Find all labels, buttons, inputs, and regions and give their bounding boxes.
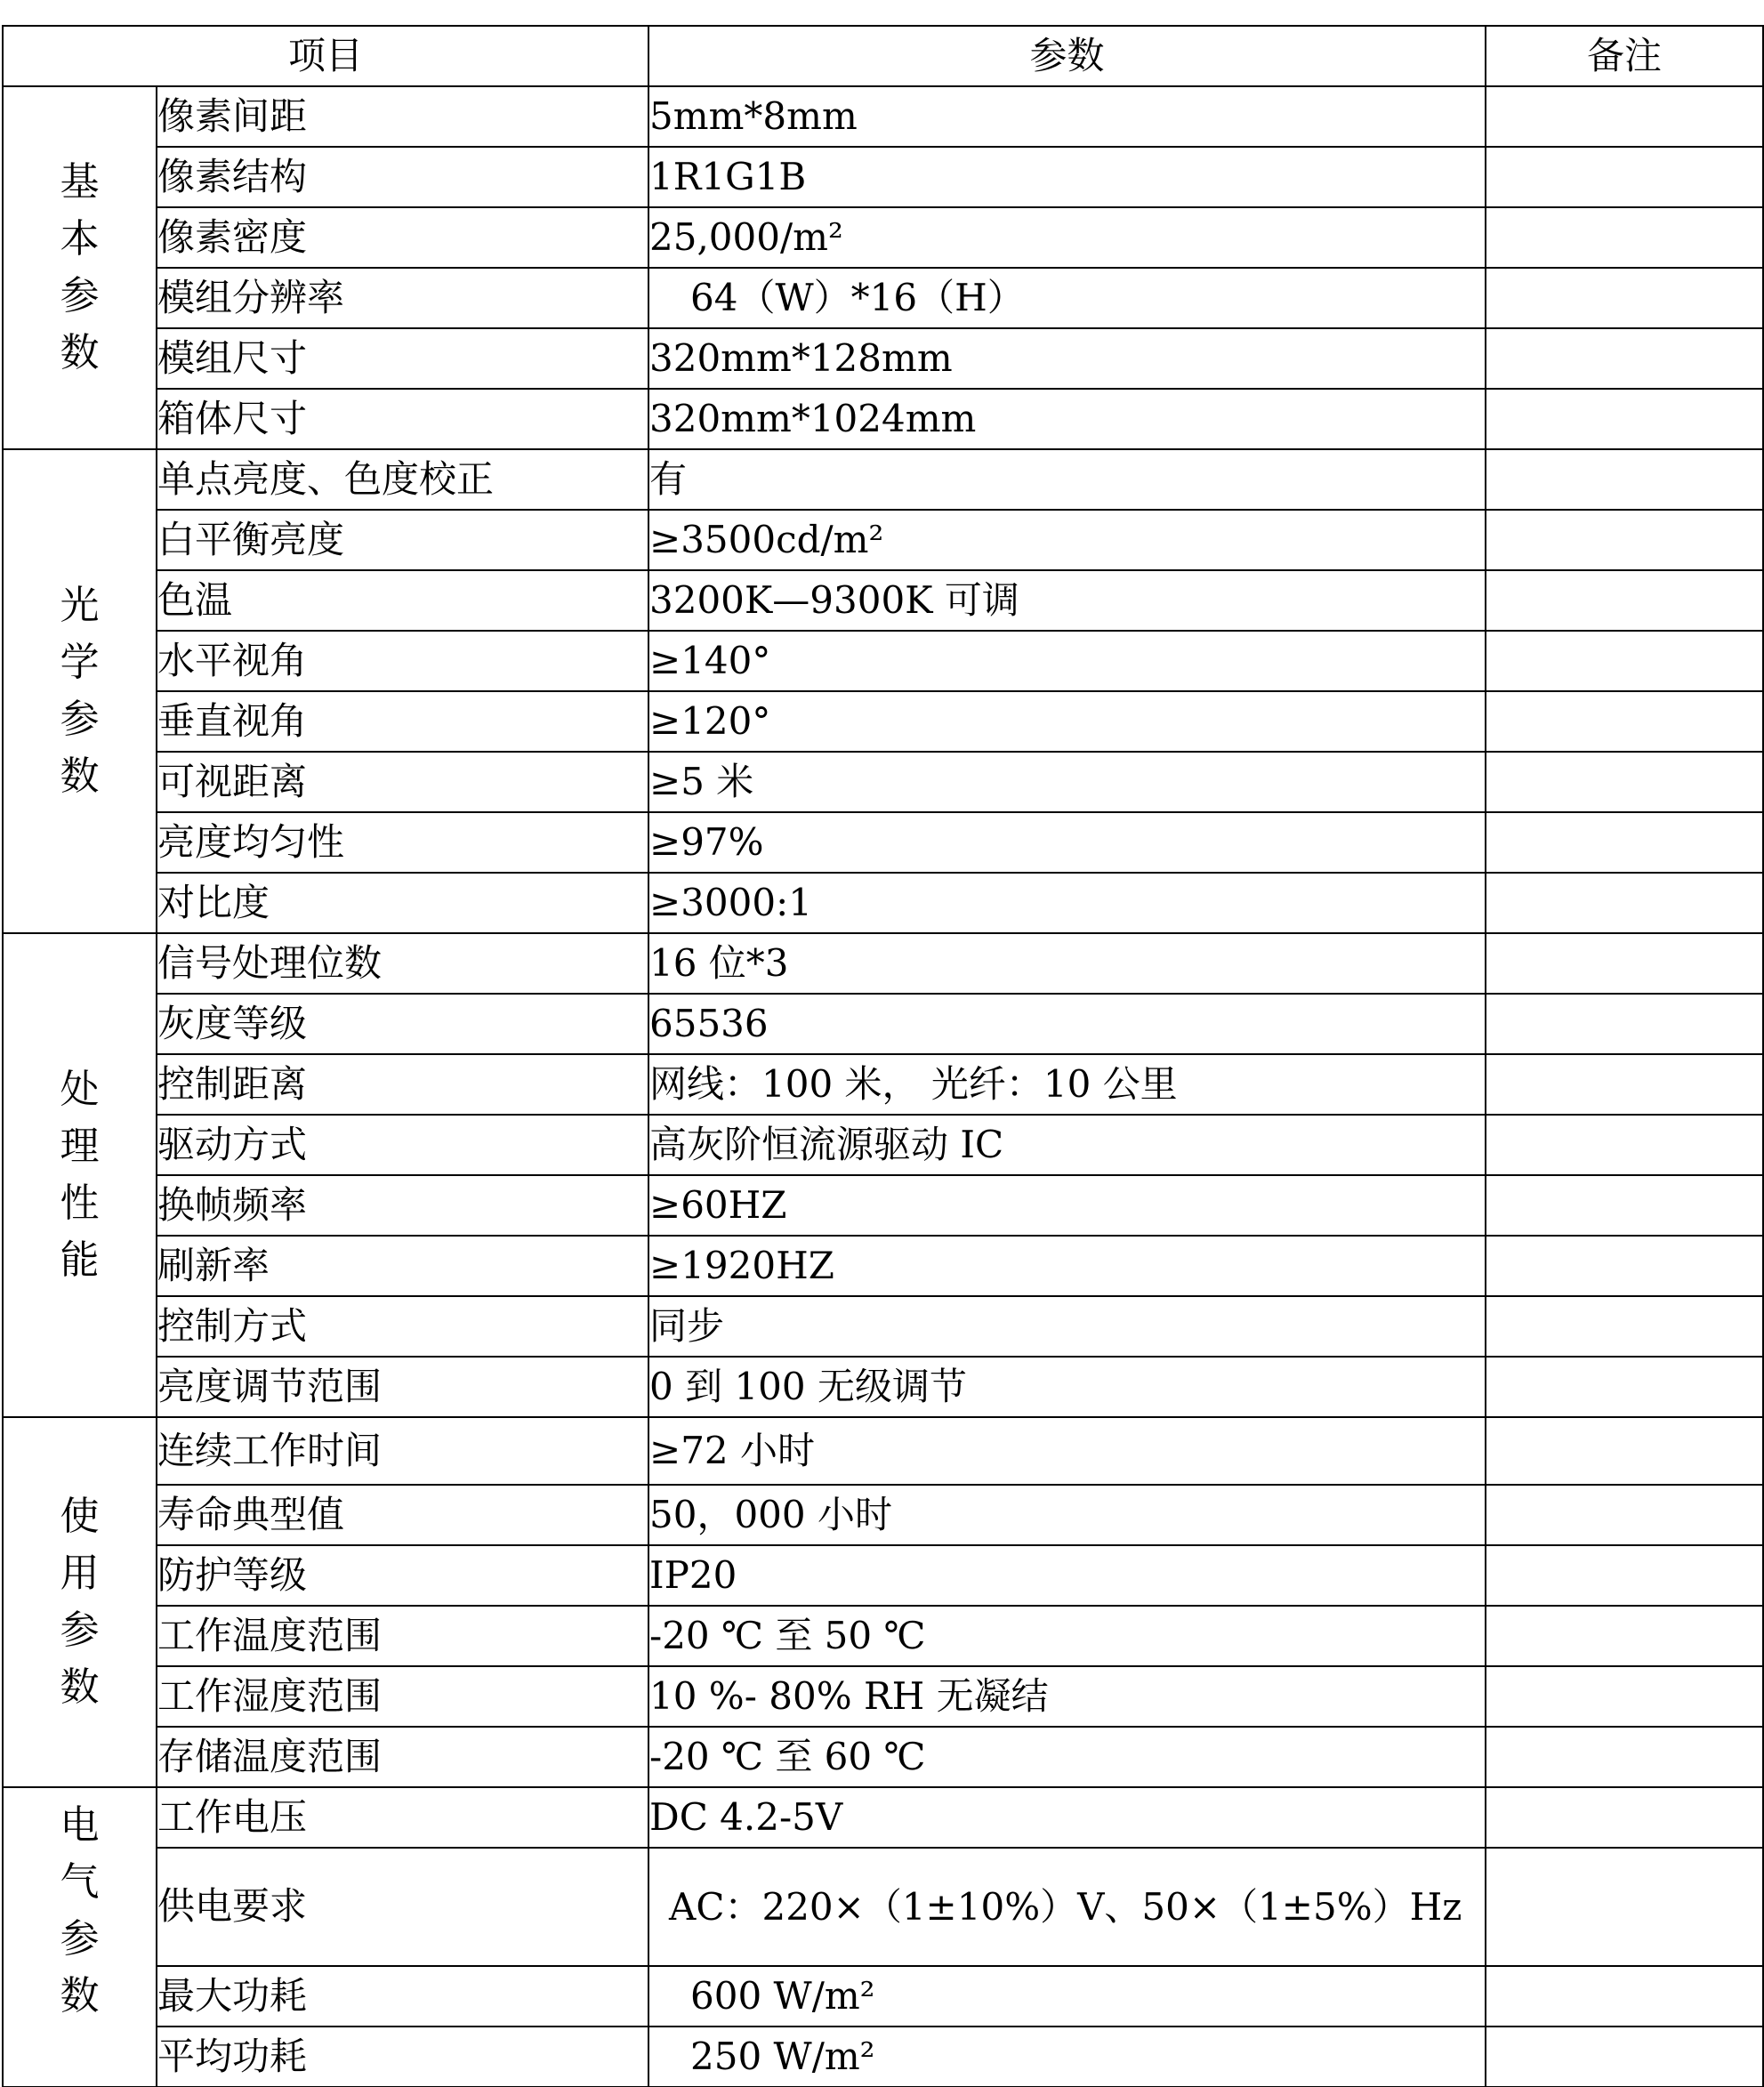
- table-row: 防护等级 IP20: [3, 1545, 1763, 1606]
- table-row: 工作温度范围 -20 ℃ 至 50 ℃: [3, 1606, 1763, 1666]
- param-cell: AC：220×（1±10%）V、50×（1±5%）Hz: [648, 1848, 1486, 1966]
- item-cell: 模组尺寸: [157, 328, 648, 389]
- table-row: 白平衡亮度 ≥3500cd/m²: [3, 510, 1763, 570]
- note-cell: [1486, 1357, 1763, 1417]
- table-row: 基本参数 像素间距 5mm*8mm: [3, 86, 1763, 147]
- item-cell: 存储温度范围: [157, 1727, 648, 1787]
- note-cell: [1486, 1787, 1763, 1848]
- param-cell: 16 位*3: [648, 933, 1486, 994]
- param-cell: 250 W/m²: [648, 2027, 1486, 2087]
- note-cell: [1486, 873, 1763, 933]
- item-cell: 像素密度: [157, 207, 648, 268]
- param-cell: 25,000/m²: [648, 207, 1486, 268]
- table-row: 光学参数 单点亮度、色度校正 有: [3, 449, 1763, 510]
- table-row: 驱动方式 高灰阶恒流源驱动 IC: [3, 1115, 1763, 1175]
- note-cell: [1486, 2027, 1763, 2087]
- item-cell: 工作温度范围: [157, 1606, 648, 1666]
- param-cell: DC 4.2-5V: [648, 1787, 1486, 1848]
- note-cell: [1486, 1054, 1763, 1115]
- param-cell: -20 ℃ 至 60 ℃: [648, 1727, 1486, 1787]
- param-cell: 320mm*1024mm: [648, 389, 1486, 449]
- note-cell: [1486, 268, 1763, 328]
- param-cell: ≥3000:1: [648, 873, 1486, 933]
- note-cell: [1486, 1115, 1763, 1175]
- note-cell: [1486, 147, 1763, 207]
- param-cell: 320mm*128mm: [648, 328, 1486, 389]
- item-cell: 对比度: [157, 873, 648, 933]
- header-item: 项目: [3, 26, 648, 86]
- param-cell: 64（W）*16（H）: [648, 268, 1486, 328]
- param-cell: ≥97%: [648, 812, 1486, 873]
- item-cell: 刷新率: [157, 1236, 648, 1296]
- category-electrical: 电气参数: [3, 1787, 157, 2087]
- item-cell: 控制距离: [157, 1054, 648, 1115]
- table-row: 箱体尺寸 320mm*1024mm: [3, 389, 1763, 449]
- item-cell: 像素结构: [157, 147, 648, 207]
- header-row: 项目 参数 备注: [3, 26, 1763, 86]
- table-row: 亮度调节范围 0 到 100 无级调节: [3, 1357, 1763, 1417]
- item-cell: 可视距离: [157, 752, 648, 812]
- category-label: 电气参数: [60, 1797, 101, 2025]
- param-cell: ≥1920HZ: [648, 1236, 1486, 1296]
- table-row: 亮度均匀性 ≥97%: [3, 812, 1763, 873]
- param-cell: 高灰阶恒流源驱动 IC: [648, 1115, 1486, 1175]
- param-cell: 有: [648, 449, 1486, 510]
- item-cell: 白平衡亮度: [157, 510, 648, 570]
- note-cell: [1486, 1175, 1763, 1236]
- spec-table: 项目 参数 备注 基本参数 像素间距 5mm*8mm 像素结构 1R1G1B 像…: [2, 25, 1764, 2087]
- param-cell: IP20: [648, 1545, 1486, 1606]
- note-cell: [1486, 812, 1763, 873]
- item-cell: 水平视角: [157, 631, 648, 691]
- category-label: 光学参数: [60, 577, 101, 805]
- note-cell: [1486, 570, 1763, 631]
- item-cell: 换帧频率: [157, 1175, 648, 1236]
- table-row: 模组尺寸 320mm*128mm: [3, 328, 1763, 389]
- note-cell: [1486, 86, 1763, 147]
- param-cell: ≥140°: [648, 631, 1486, 691]
- item-cell: 控制方式: [157, 1296, 648, 1357]
- item-cell: 平均功耗: [157, 2027, 648, 2087]
- note-cell: [1486, 1485, 1763, 1545]
- table-row: 可视距离 ≥5 米: [3, 752, 1763, 812]
- param-cell: 50，000 小时: [648, 1485, 1486, 1545]
- item-cell: 垂直视角: [157, 691, 648, 752]
- header-note: 备注: [1486, 26, 1763, 86]
- table-row: 存储温度范围 -20 ℃ 至 60 ℃: [3, 1727, 1763, 1787]
- item-cell: 箱体尺寸: [157, 389, 648, 449]
- param-cell: 3200K—9300K 可调: [648, 570, 1486, 631]
- note-cell: [1486, 752, 1763, 812]
- note-cell: [1486, 1727, 1763, 1787]
- category-label: 处理性能: [60, 1061, 101, 1289]
- table-row: 使用参数 连续工作时间 ≥72 小时: [3, 1417, 1763, 1485]
- item-cell: 单点亮度、色度校正: [157, 449, 648, 510]
- param-cell: 10 %- 80% RH 无凝结: [648, 1666, 1486, 1727]
- item-cell: 最大功耗: [157, 1966, 648, 2027]
- note-cell: [1486, 389, 1763, 449]
- note-cell: [1486, 1848, 1763, 1966]
- header-param: 参数: [648, 26, 1486, 86]
- param-cell: ≥60HZ: [648, 1175, 1486, 1236]
- table-row: 供电要求 AC：220×（1±10%）V、50×（1±5%）Hz: [3, 1848, 1763, 1966]
- param-cell: ≥72 小时: [648, 1417, 1486, 1485]
- item-cell: 色温: [157, 570, 648, 631]
- table-row: 垂直视角 ≥120°: [3, 691, 1763, 752]
- note-cell: [1486, 1606, 1763, 1666]
- param-cell: ≥120°: [648, 691, 1486, 752]
- table-row: 换帧频率 ≥60HZ: [3, 1175, 1763, 1236]
- category-label: 基本参数: [60, 154, 101, 382]
- item-cell: 寿命典型值: [157, 1485, 648, 1545]
- item-cell: 驱动方式: [157, 1115, 648, 1175]
- table-row: 模组分辨率 64（W）*16（H）: [3, 268, 1763, 328]
- category-processing: 处理性能: [3, 933, 157, 1417]
- note-cell: [1486, 994, 1763, 1054]
- table-row: 寿命典型值 50，000 小时: [3, 1485, 1763, 1545]
- table-row: 控制方式 同步: [3, 1296, 1763, 1357]
- note-cell: [1486, 449, 1763, 510]
- param-cell: 网线：100 米， 光纤：10 公里: [648, 1054, 1486, 1115]
- table-row: 最大功耗 600 W/m²: [3, 1966, 1763, 2027]
- note-cell: [1486, 1545, 1763, 1606]
- param-cell: 同步: [648, 1296, 1486, 1357]
- table-row: 平均功耗 250 W/m²: [3, 2027, 1763, 2087]
- note-cell: [1486, 328, 1763, 389]
- table-row: 控制距离 网线：100 米， 光纤：10 公里: [3, 1054, 1763, 1115]
- item-cell: 亮度均匀性: [157, 812, 648, 873]
- note-cell: [1486, 691, 1763, 752]
- table-row: 电气参数 工作电压 DC 4.2-5V: [3, 1787, 1763, 1848]
- note-cell: [1486, 631, 1763, 691]
- note-cell: [1486, 933, 1763, 994]
- item-cell: 模组分辨率: [157, 268, 648, 328]
- note-cell: [1486, 1966, 1763, 2027]
- table-row: 水平视角 ≥140°: [3, 631, 1763, 691]
- table-row: 处理性能 信号处理位数 16 位*3: [3, 933, 1763, 994]
- table-row: 像素密度 25,000/m²: [3, 207, 1763, 268]
- table-row: 工作湿度范围 10 %- 80% RH 无凝结: [3, 1666, 1763, 1727]
- note-cell: [1486, 1296, 1763, 1357]
- table-row: 色温 3200K—9300K 可调: [3, 570, 1763, 631]
- category-basic: 基本参数: [3, 86, 157, 449]
- item-cell: 灰度等级: [157, 994, 648, 1054]
- category-optical: 光学参数: [3, 449, 157, 933]
- param-cell: 65536: [648, 994, 1486, 1054]
- item-cell: 亮度调节范围: [157, 1357, 648, 1417]
- note-cell: [1486, 510, 1763, 570]
- param-cell: 0 到 100 无级调节: [648, 1357, 1486, 1417]
- item-cell: 供电要求: [157, 1848, 648, 1966]
- note-cell: [1486, 1666, 1763, 1727]
- item-cell: 工作湿度范围: [157, 1666, 648, 1727]
- note-cell: [1486, 207, 1763, 268]
- note-cell: [1486, 1417, 1763, 1485]
- table-row: 灰度等级 65536: [3, 994, 1763, 1054]
- param-cell: 1R1G1B: [648, 147, 1486, 207]
- category-usage: 使用参数: [3, 1417, 157, 1787]
- item-cell: 像素间距: [157, 86, 648, 147]
- param-cell: 5mm*8mm: [648, 86, 1486, 147]
- item-cell: 工作电压: [157, 1787, 648, 1848]
- category-label: 使用参数: [60, 1488, 101, 1716]
- param-cell: ≥3500cd/m²: [648, 510, 1486, 570]
- table-row: 像素结构 1R1G1B: [3, 147, 1763, 207]
- param-cell: 600 W/m²: [648, 1966, 1486, 2027]
- table-row: 刷新率 ≥1920HZ: [3, 1236, 1763, 1296]
- table-row: 对比度 ≥3000:1: [3, 873, 1763, 933]
- param-cell: -20 ℃ 至 50 ℃: [648, 1606, 1486, 1666]
- note-cell: [1486, 1236, 1763, 1296]
- item-cell: 信号处理位数: [157, 933, 648, 994]
- item-cell: 连续工作时间: [157, 1417, 648, 1485]
- param-cell: ≥5 米: [648, 752, 1486, 812]
- item-cell: 防护等级: [157, 1545, 648, 1606]
